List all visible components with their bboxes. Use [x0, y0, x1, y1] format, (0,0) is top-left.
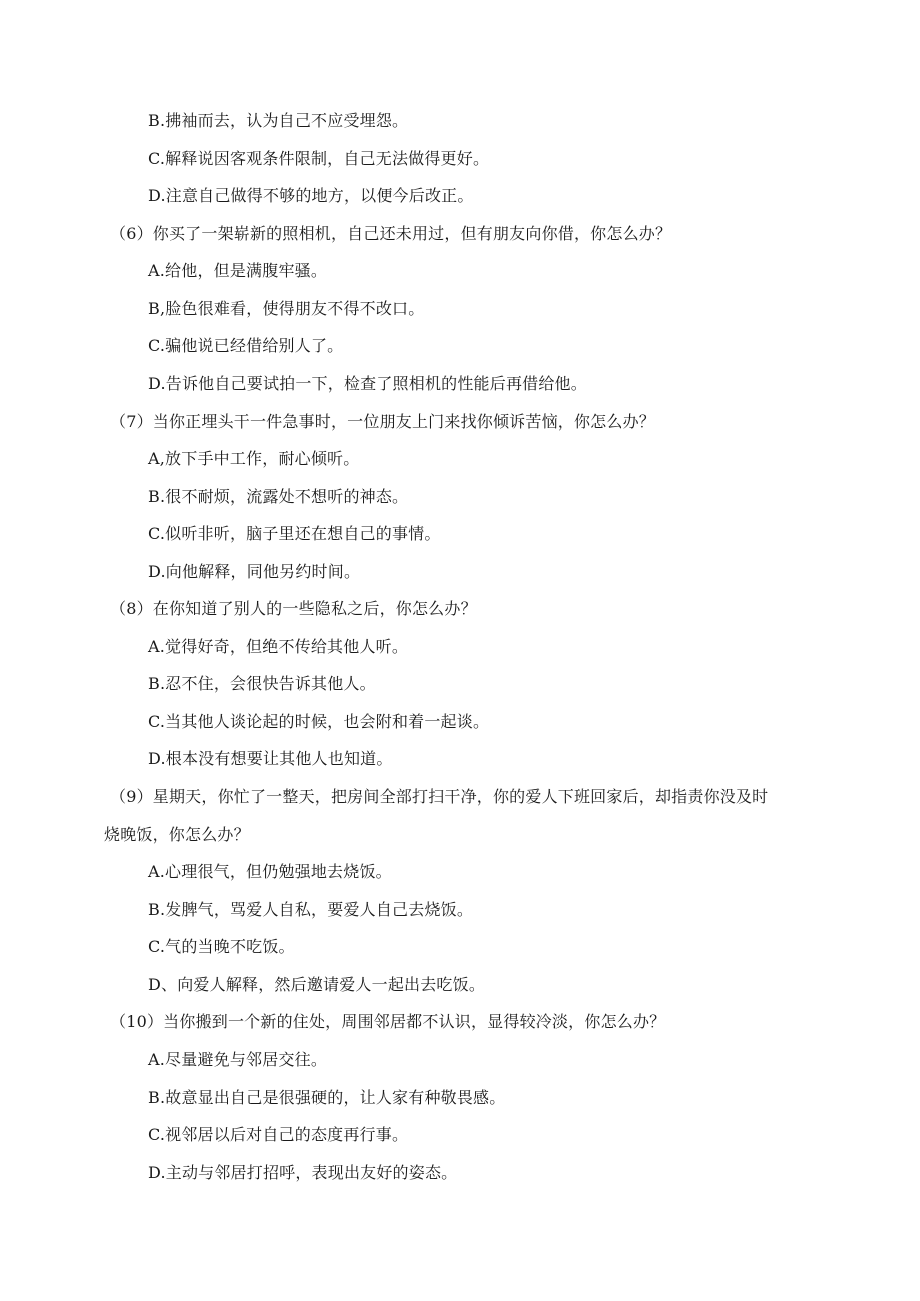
- option-8-c: C.当其他人谈论起的时候，也会附和着一起谈。: [148, 711, 489, 733]
- question-number: （6）: [110, 224, 153, 243]
- option-9-a: A.心理很气，但仍勉强地去烧饭。: [148, 861, 392, 883]
- question-number: （7）: [110, 412, 153, 431]
- option-8-a: A.觉得好奇，但绝不传给其他人听。: [148, 636, 408, 658]
- question-9: （9）星期天，你忙了一整天，把房间全部打扫干净，你的爱人下班回家后，却指责你没及…: [110, 786, 768, 808]
- question-number: （10）: [110, 1012, 163, 1031]
- question-10: （10）当你搬到一个新的住处，周围邻居都不认识，显得较冷淡，你怎么办？: [110, 1011, 665, 1033]
- option-10-a: A.尽量避免与邻居交往。: [148, 1049, 327, 1071]
- option-9-c: C.气的当晚不吃饭。: [148, 936, 295, 958]
- question-text: 你买了一架崭新的照相机，自己还未用过，但有朋友向你借，你怎么办？: [153, 224, 671, 243]
- question-8: （8）在你知道了别人的一些隐私之后，你怎么办？: [110, 598, 477, 620]
- question-text: 当你正埋头干一件急事时，一位朋友上门来找你倾诉苦恼，你怎么办？: [153, 412, 655, 431]
- question-number: （8）: [110, 599, 153, 618]
- option-10-b: B.故意显出自己是很强硬的，让人家有种敬畏感。: [148, 1087, 505, 1109]
- question-number: （9）: [110, 787, 153, 806]
- option-7-a: A,放下手中工作，耐心倾听。: [148, 448, 359, 470]
- option-10-d: D.主动与邻居打招呼，表现出友好的姿态。: [148, 1162, 457, 1184]
- option-10-c: C.视邻居以后对自己的态度再行事。: [148, 1124, 408, 1146]
- option-7-b: B.很不耐烦，流露处不想听的神态。: [148, 486, 408, 508]
- option-8-d: D.根本没有想要让其他人也知道。: [148, 748, 393, 770]
- option-7-c: C.似听非听，脑子里还在想自己的事情。: [148, 523, 441, 545]
- question-9-continuation: 烧晚饭，你怎么办？: [104, 824, 250, 846]
- option-6-a: A.给他，但是满腹牢骚。: [148, 260, 327, 282]
- option-6-b: B,脸色很难看，使得朋友不得不改口。: [148, 298, 424, 320]
- option-6-c: C.骗他说已经借给别人了。: [148, 335, 343, 357]
- question-text: 星期天，你忙了一整天，把房间全部打扫干净，你的爱人下班回家后，却指责你没及时: [153, 787, 769, 806]
- question-6: （6）你买了一架崭新的照相机，自己还未用过，但有朋友向你借，你怎么办？: [110, 223, 671, 245]
- option-8-b: B.忍不住，会很快告诉其他人。: [148, 673, 376, 695]
- option-5-d: D.注意自己做得不够的地方，以便今后改正。: [148, 185, 474, 207]
- option-5-c: C.解释说因客观条件限制，自己无法做得更好。: [148, 148, 489, 170]
- option-7-d: D.向他解释，同他另约时间。: [148, 561, 360, 583]
- question-7: （7）当你正埋头干一件急事时，一位朋友上门来找你倾诉苦恼，你怎么办？: [110, 411, 655, 433]
- document-page: B.拂袖而去，认为自己不应受埋怨。 C.解释说因客观条件限制，自己无法做得更好。…: [0, 0, 920, 1301]
- question-text: 当你搬到一个新的住处，周围邻居都不认识，显得较冷淡，你怎么办？: [163, 1012, 665, 1031]
- option-9-b: B.发脾气，骂爱人自私，要爱人自己去烧饭。: [148, 899, 473, 921]
- option-6-d: D.告诉他自己要试拍一下，检查了照相机的性能后再借给他。: [148, 373, 587, 395]
- question-text: 在你知道了别人的一些隐私之后，你怎么办？: [153, 599, 477, 618]
- option-5-b: B.拂袖而去，认为自己不应受埋怨。: [148, 110, 408, 132]
- option-9-d: D、向爱人解释，然后邀请爱人一起出去吃饭。: [148, 974, 485, 996]
